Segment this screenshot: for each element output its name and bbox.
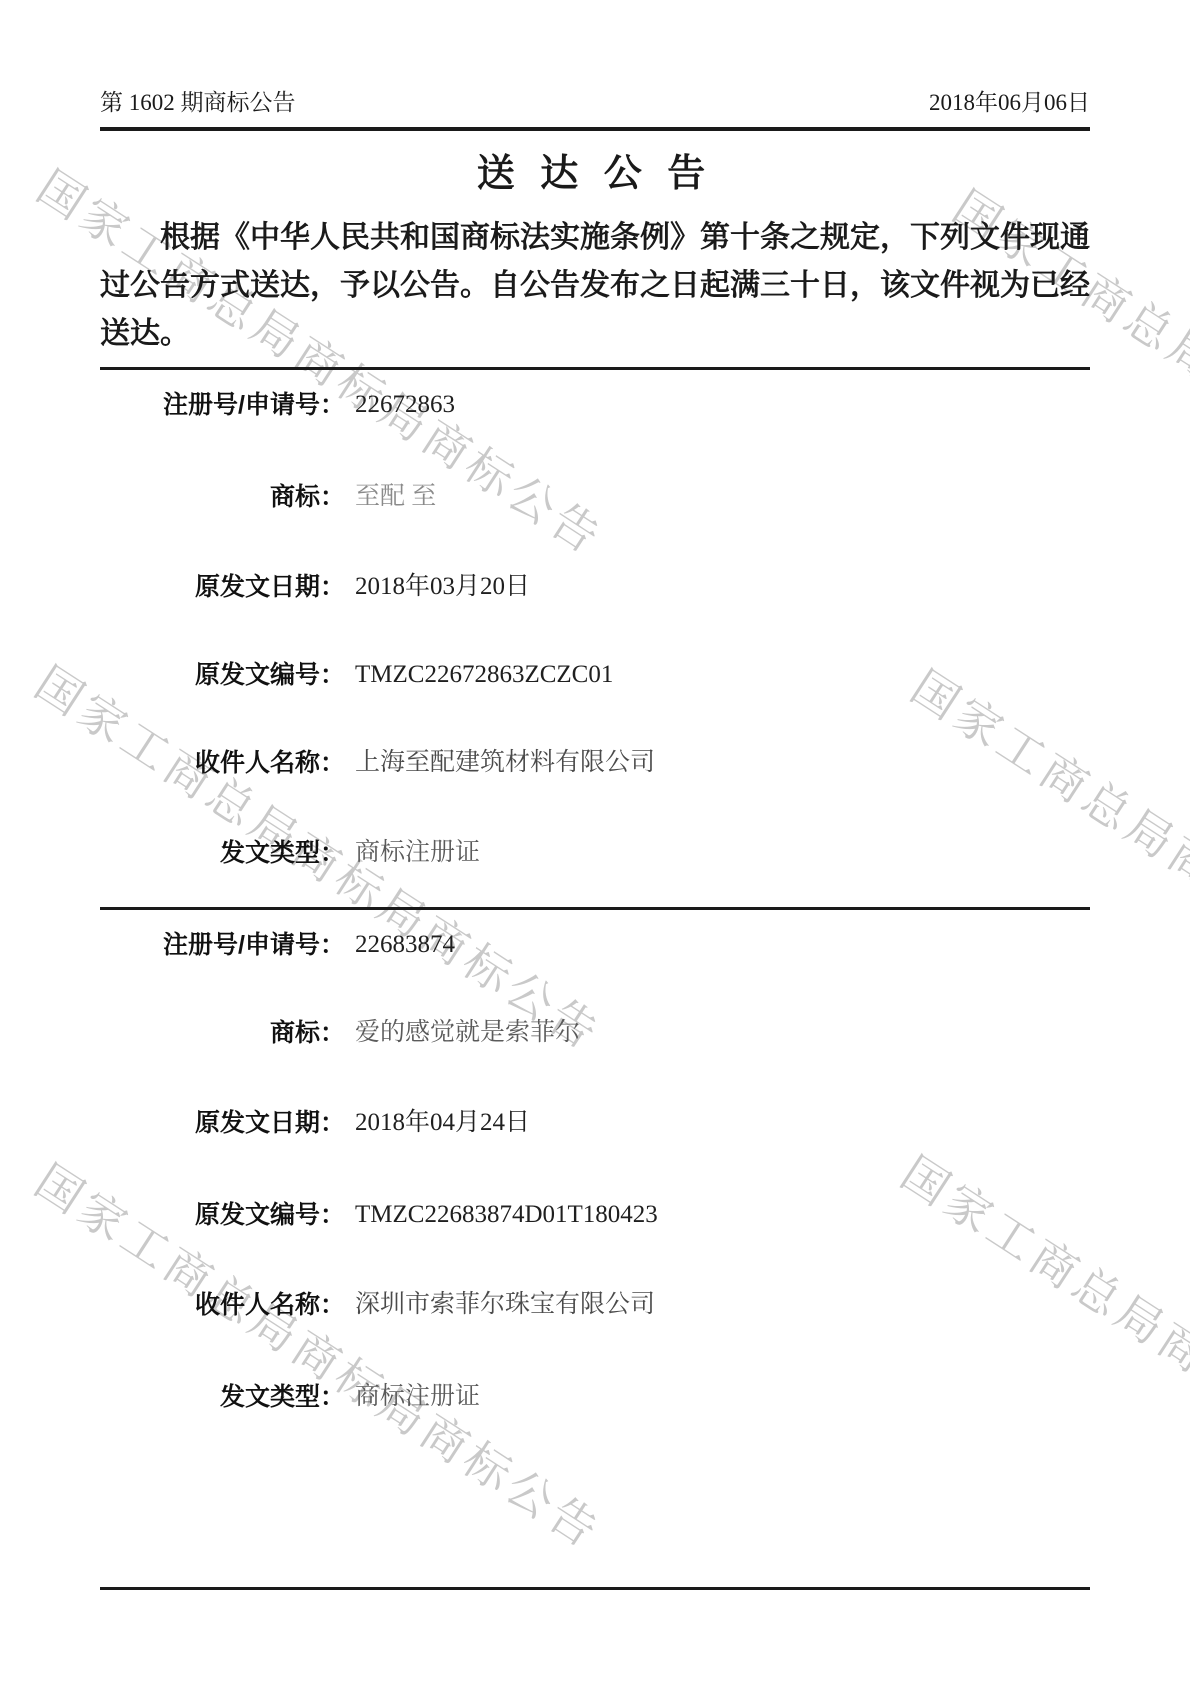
record-divider bbox=[100, 907, 1090, 910]
field-value-trademark: 爱的感觉就是索菲尔 bbox=[355, 1016, 580, 1050]
record-row: 原发文日期：2018年03月20日 bbox=[100, 570, 1090, 604]
field-label-trademark: 商标： bbox=[100, 1016, 345, 1050]
field-value-trademark: 至配 至 bbox=[355, 480, 436, 514]
field-label-orig-no: 原发文编号： bbox=[100, 658, 345, 692]
gazette-page: 国家工商总局商标局商标公告 国家工商总局商标局商标公告 国家工商总局商标局商标公… bbox=[0, 0, 1190, 1684]
field-value-doc-type: 商标注册证 bbox=[355, 1380, 480, 1414]
record-row: 注册号/申请号：22683874 bbox=[100, 928, 1090, 962]
record-divider bbox=[100, 1587, 1090, 1590]
field-value-orig-no: TMZC22683874D01T180423 bbox=[355, 1198, 658, 1232]
record-row: 商标：至配 至 bbox=[100, 480, 1090, 514]
gazette-issue-number: 第 1602 期商标公告 bbox=[100, 84, 296, 117]
record-row: 商标：爱的感觉就是索菲尔 bbox=[100, 1016, 1090, 1050]
field-label-reg-no: 注册号/申请号： bbox=[100, 928, 345, 962]
record-row: 原发文编号：TMZC22672863ZCZC01 bbox=[100, 658, 1090, 692]
field-label-orig-no: 原发文编号： bbox=[100, 1198, 345, 1232]
intro-paragraph: 根据《中华人民共和国商标法实施条例》第十条之规定，下列文件现通过公告方式送达，予… bbox=[100, 214, 1090, 358]
record-row: 原发文编号：TMZC22683874D01T180423 bbox=[100, 1198, 1090, 1232]
field-value-reg-no: 22672863 bbox=[355, 388, 455, 422]
page-title: 送 达 公 告 bbox=[100, 142, 1090, 197]
record-row: 原发文日期：2018年04月24日 bbox=[100, 1106, 1090, 1140]
field-label-recipient: 收件人名称： bbox=[100, 746, 345, 780]
record-row: 收件人名称：上海至配建筑材料有限公司 bbox=[100, 746, 1090, 780]
field-value-doc-type: 商标注册证 bbox=[355, 836, 480, 870]
record-row: 发文类型：商标注册证 bbox=[100, 836, 1090, 870]
header-rule bbox=[100, 127, 1090, 131]
field-label-orig-date: 原发文日期： bbox=[100, 570, 345, 604]
record-divider bbox=[100, 367, 1090, 370]
gazette-date: 2018年06月06日 bbox=[929, 84, 1090, 117]
field-value-orig-date: 2018年03月20日 bbox=[355, 570, 530, 604]
field-value-recipient: 深圳市索菲尔珠宝有限公司 bbox=[355, 1288, 655, 1322]
field-label-reg-no: 注册号/申请号： bbox=[100, 388, 345, 422]
record-row: 发文类型：商标注册证 bbox=[100, 1380, 1090, 1414]
field-label-doc-type: 发文类型： bbox=[100, 836, 345, 870]
field-label-doc-type: 发文类型： bbox=[100, 1380, 345, 1414]
field-label-recipient: 收件人名称： bbox=[100, 1288, 345, 1322]
field-value-orig-no: TMZC22672863ZCZC01 bbox=[355, 658, 613, 692]
field-label-trademark: 商标： bbox=[100, 480, 345, 514]
field-value-orig-date: 2018年04月24日 bbox=[355, 1106, 530, 1140]
record-row: 收件人名称：深圳市索菲尔珠宝有限公司 bbox=[100, 1288, 1090, 1322]
field-label-orig-date: 原发文日期： bbox=[100, 1106, 345, 1140]
field-value-recipient: 上海至配建筑材料有限公司 bbox=[355, 746, 655, 780]
field-value-reg-no: 22683874 bbox=[355, 928, 455, 962]
record-row: 注册号/申请号：22672863 bbox=[100, 388, 1090, 422]
